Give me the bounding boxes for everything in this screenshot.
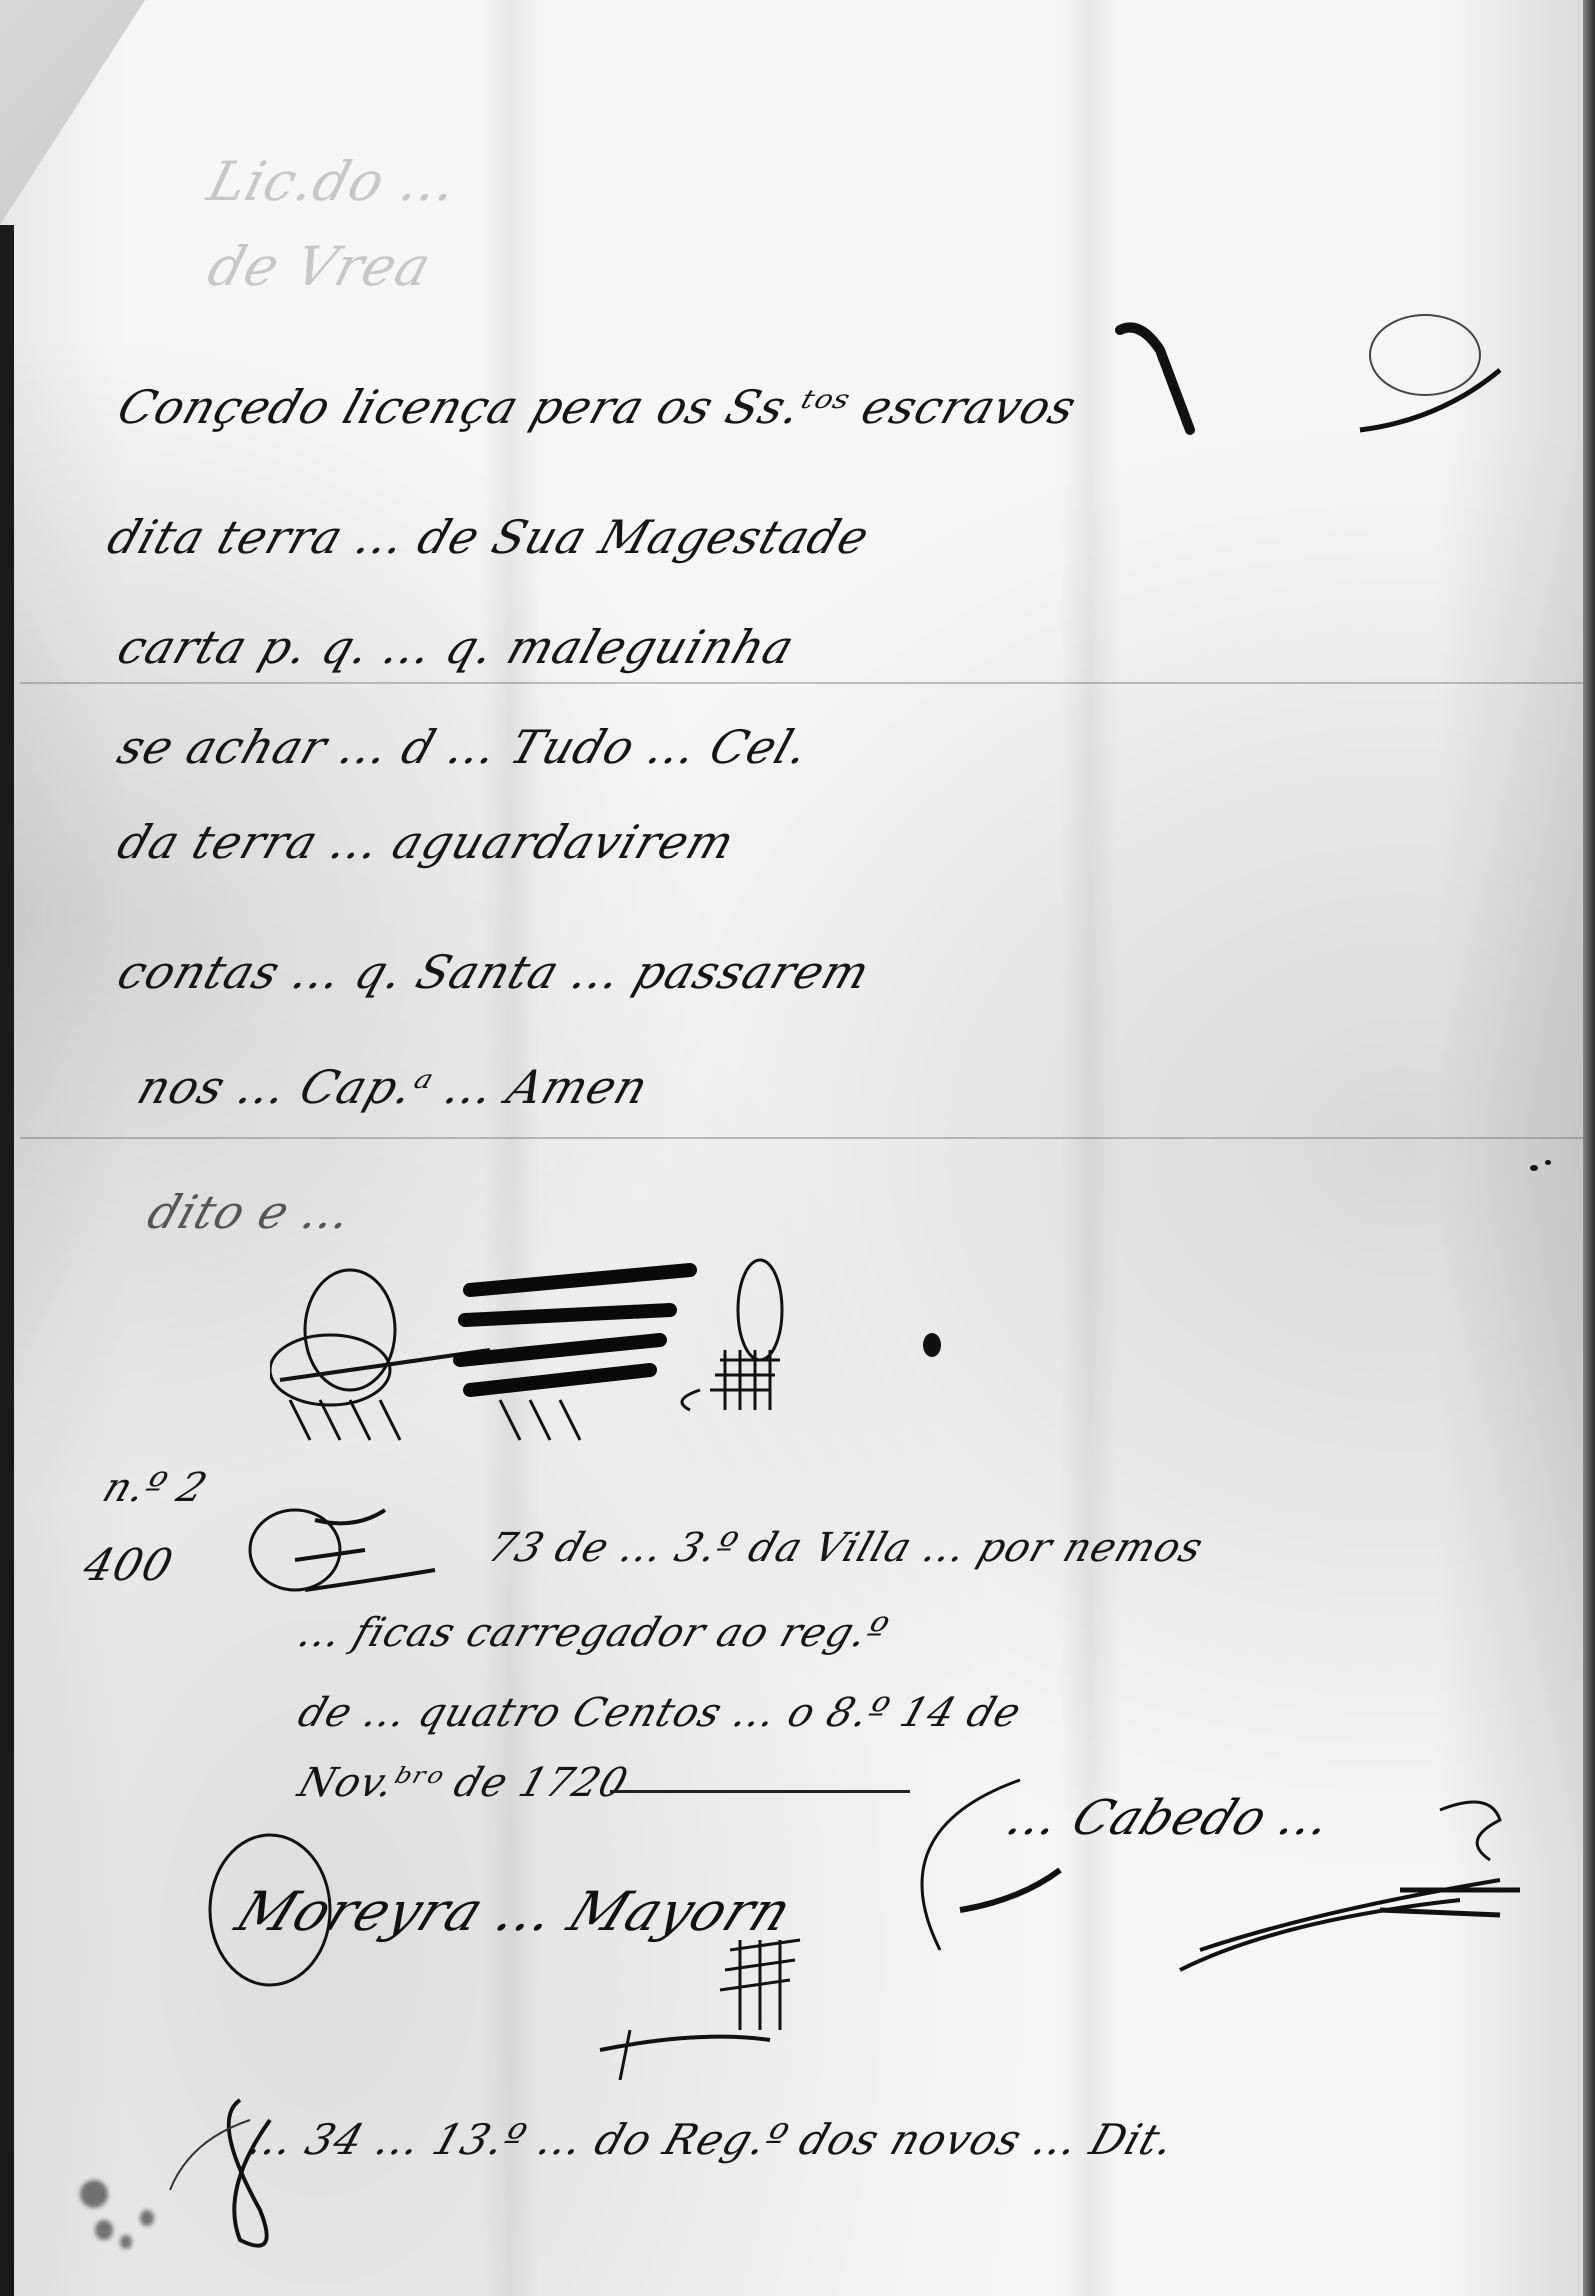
ink-blot-flourish-icon — [1110, 310, 1530, 450]
ink-stain — [140, 2210, 154, 2226]
body-line-2: dita terra ... de Sua Magestade — [101, 510, 876, 564]
body-line-4: se achar ... d ... Tudo ... Cel. — [111, 720, 816, 774]
entry-line-2: ... ficas carregador ao reg.º — [293, 1610, 895, 1656]
ink-dot — [1530, 1165, 1538, 1171]
ink-dot — [1545, 1160, 1551, 1165]
ink-stain — [80, 2180, 108, 2208]
margin-reference-number: n.º 2 — [97, 1465, 214, 1511]
entry-line-3: de ... quatro Centos ... o 8.º 14 de — [293, 1690, 1028, 1736]
ink-stain — [120, 2235, 132, 2249]
margin-amount: 400 — [78, 1540, 179, 1591]
signature-left-flourish-icon — [200, 1830, 900, 2080]
ink-dot — [923, 1333, 941, 1357]
horizontal-fold-line — [20, 1137, 1583, 1139]
entry-line-4: Nov.ᵇʳᵒ de 1720 — [293, 1760, 634, 1806]
left-page-edge — [0, 225, 14, 2296]
underline-rule — [610, 1790, 910, 1793]
entry-line-1: 73 de ... 3.º da Villa ... por nemos — [483, 1525, 1210, 1571]
rubric-signatures-icon — [270, 1250, 830, 1450]
body-line-8: dito e ... — [141, 1185, 359, 1239]
bleed-through-subheading: de Vrea — [202, 235, 439, 298]
body-line-7: nos ... Cap.ᵃ ... Amen — [131, 1060, 655, 1114]
footer-line: ... 34 ... 13.º ... do Reg.º dos novos .… — [242, 2115, 1181, 2164]
ink-stain — [95, 2220, 113, 2240]
bleed-through-heading: Lic.do ... — [202, 150, 465, 213]
body-line-1: Conçedo licença pera os Ss.ᵗᵒˢ escravos — [111, 380, 1084, 434]
right-page-edge — [1583, 0, 1595, 2296]
body-line-6: contas ... q. Santa ... passarem — [111, 945, 877, 999]
signature-right-flourish-icon — [900, 1750, 1540, 1980]
body-line-5: da terra ... aguardavirem — [111, 815, 742, 869]
footer-flourish-icon — [150, 2060, 380, 2260]
horizontal-fold-line — [20, 682, 1583, 684]
body-line-3: carta p. q. ... q. maleguinha — [111, 620, 801, 674]
